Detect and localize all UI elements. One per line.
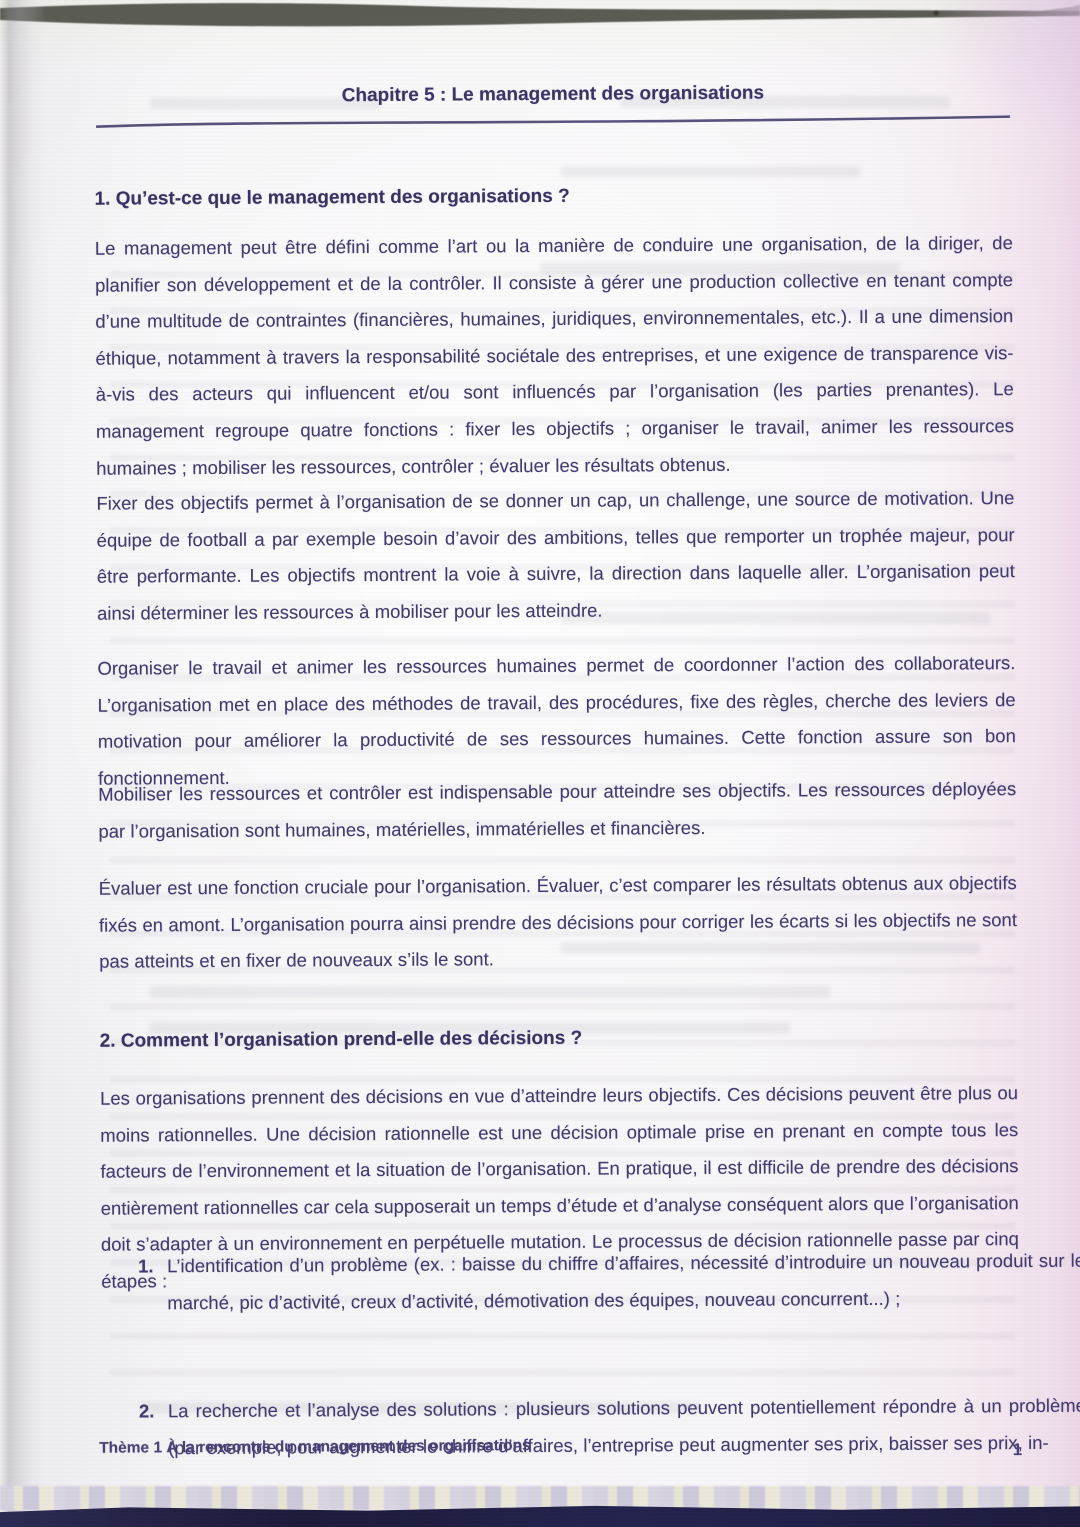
- title-rule: [94, 113, 1012, 131]
- document-page: Chapitre 5 : Le management des organisat…: [0, 0, 1080, 1527]
- list-item-text: L’identification d’un problème (ex. : ba…: [167, 1250, 1080, 1313]
- list-item: 1. L’identification d’un problème (ex. :…: [101, 1243, 1080, 1322]
- section-2-heading: 2. Comment l’organisation prend-elle des…: [100, 1025, 1018, 1053]
- footer-page-number: 1: [1013, 1440, 1023, 1460]
- list-item-number: 1.: [138, 1248, 154, 1285]
- list-item-number: 2.: [139, 1394, 155, 1431]
- paragraph-fixer-objectifs: Fixer des objectifs permet à l’organisat…: [96, 480, 1015, 632]
- section-1-heading: 1. Qu’est-ce que le management des organ…: [94, 183, 1012, 211]
- paragraph-mobiliser-ressources: Mobiliser les ressources et contrôler es…: [98, 771, 1016, 850]
- chapter-title: Chapitre 5 : Le management des organisat…: [94, 81, 1012, 109]
- paragraph-evaluer: Évaluer est une fonction cruciale pour l…: [99, 865, 1018, 980]
- scanned-page-photo: Chapitre 5 : Le management des organisat…: [0, 0, 1080, 1527]
- paragraph-management-definition: Le management peut être défini comme l’a…: [95, 225, 1015, 487]
